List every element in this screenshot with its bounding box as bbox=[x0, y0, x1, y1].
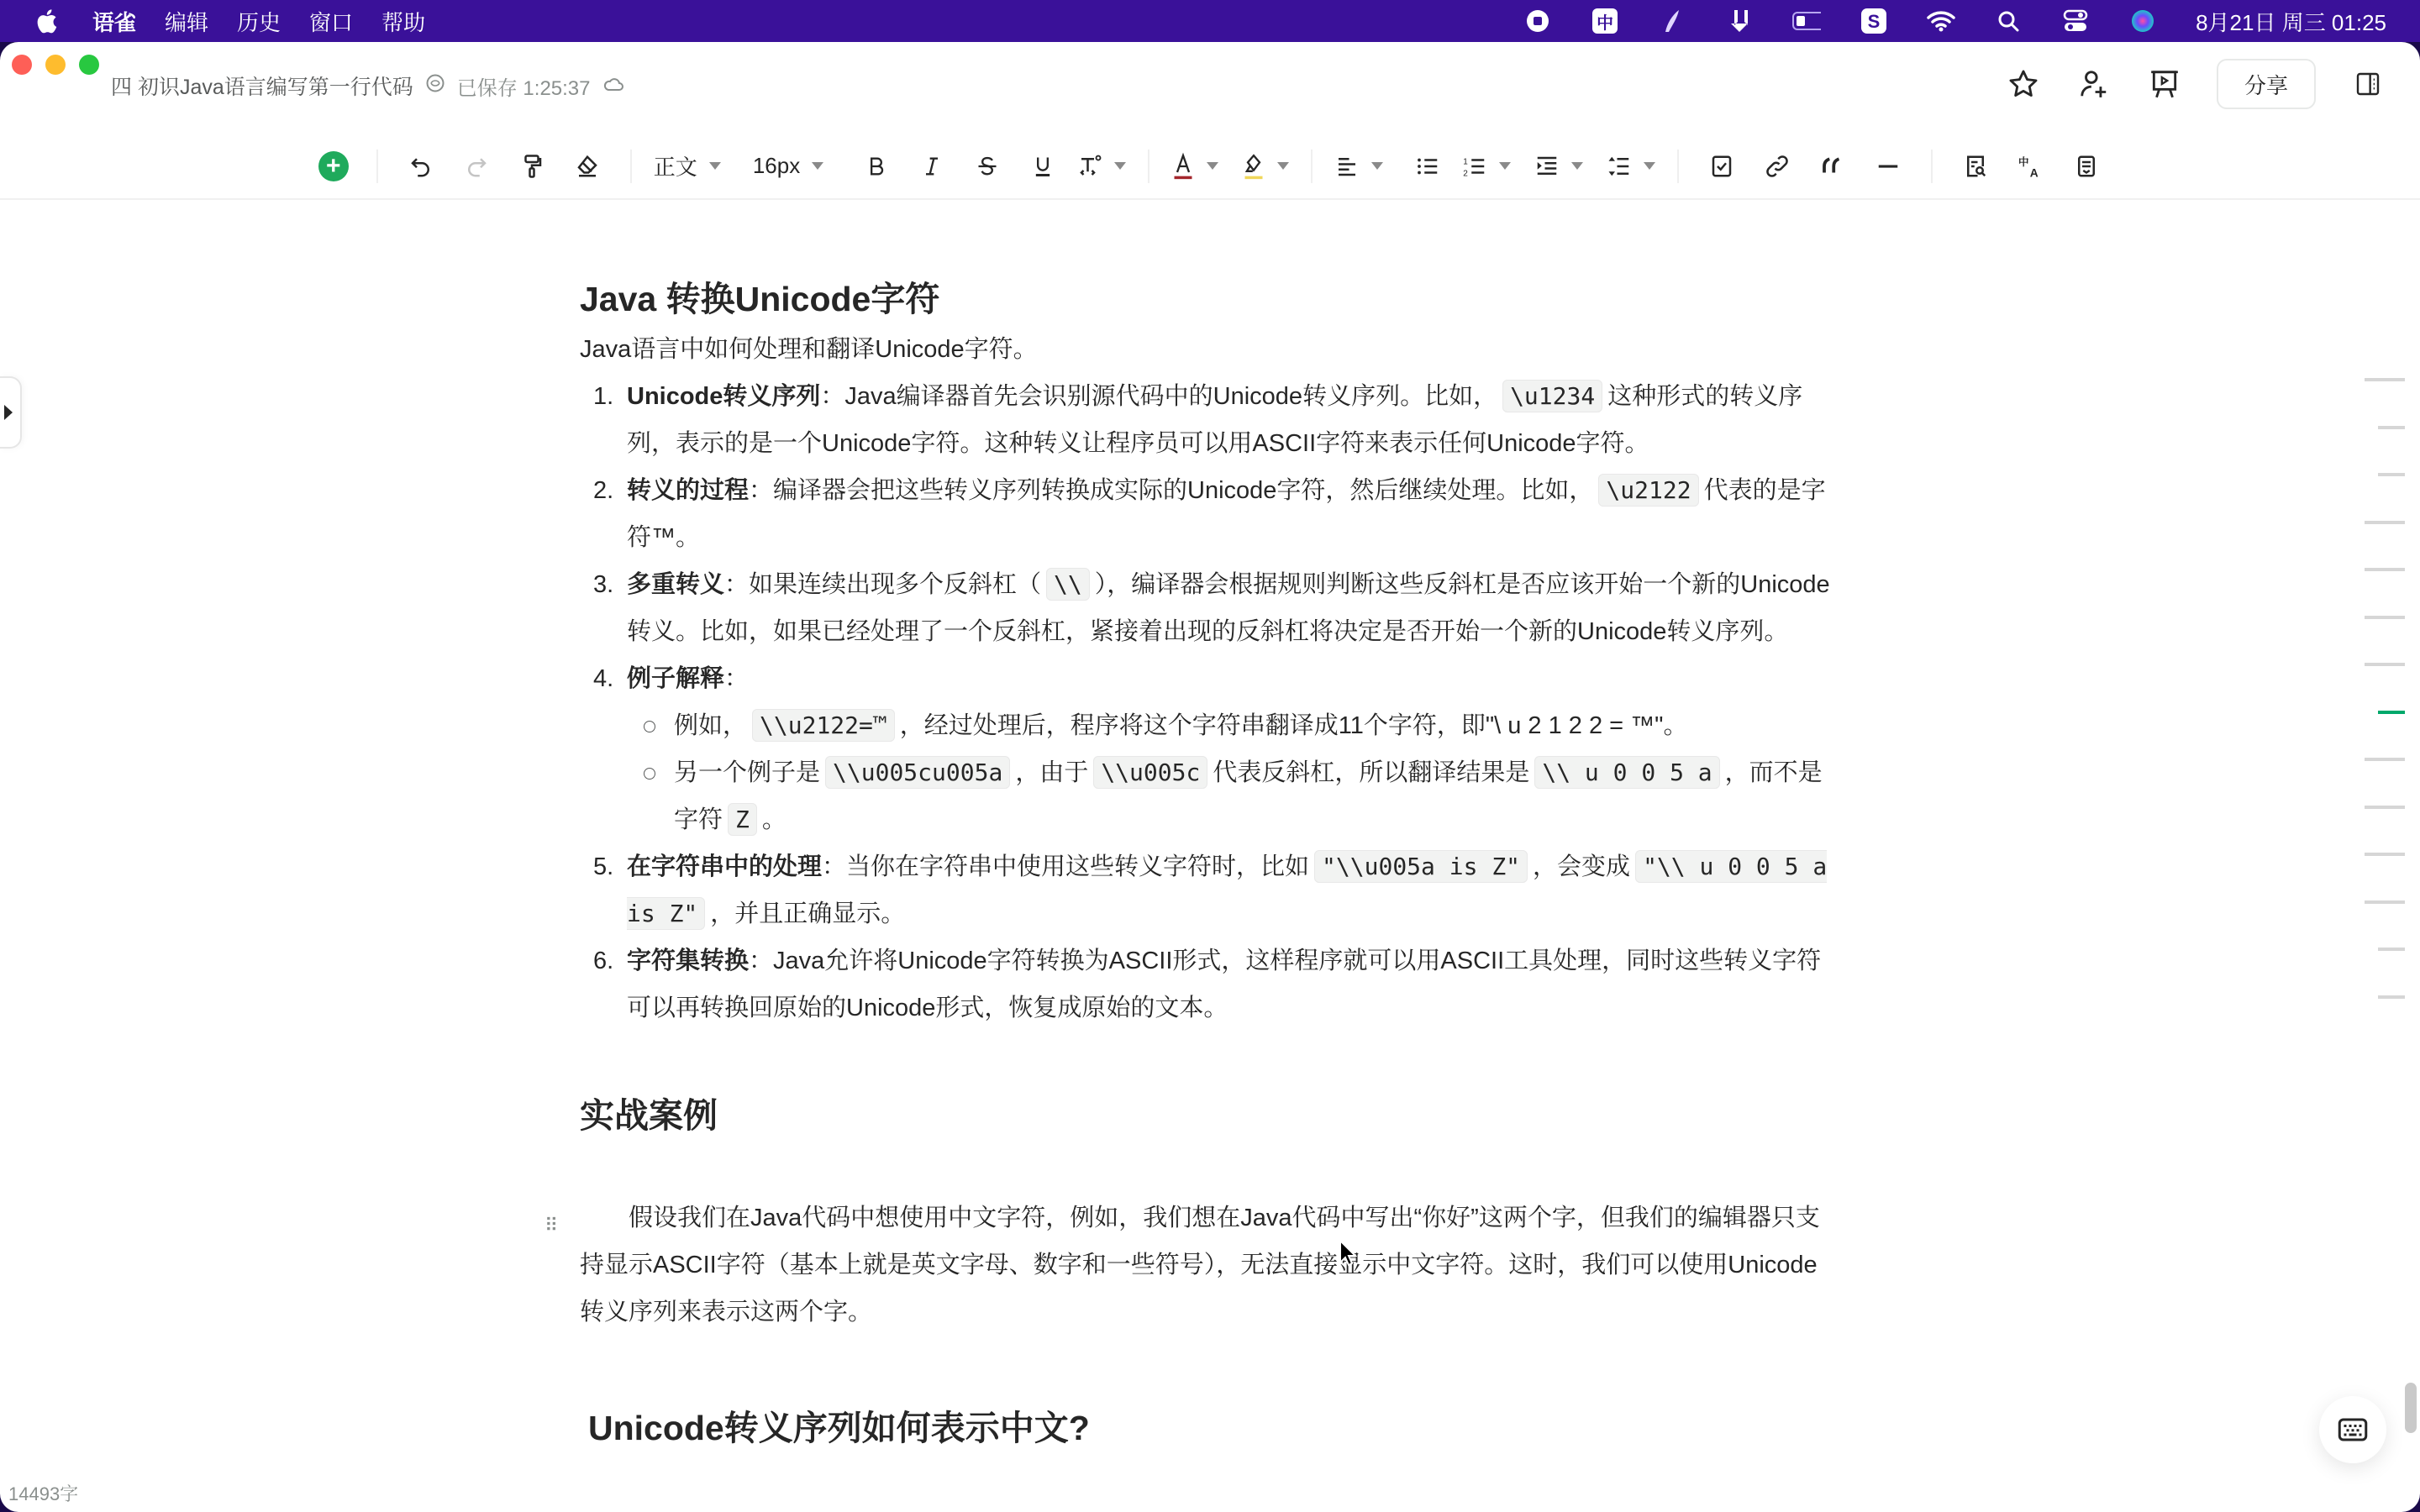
toc-marker-active[interactable] bbox=[2378, 711, 2405, 714]
list-item: 5.在字符串中的处理：当你在字符串中使用这些转义字符时，比如"\\u005a i… bbox=[580, 843, 1832, 937]
sublist-text: 例如， bbox=[674, 712, 747, 739]
numbered-list: 1.Unicode转义序列：Java编译器首先会识别源代码中的Unicode转义… bbox=[580, 373, 1832, 1032]
chevron-down-icon bbox=[1644, 162, 1655, 170]
toc-marker[interactable] bbox=[2365, 853, 2405, 856]
list-item-text: ：编译器会把这些转义序列转换成实际的Unicode字符，然后继续处理。比如， bbox=[749, 477, 1593, 504]
font-size-select[interactable]: 16px bbox=[753, 145, 823, 187]
document-title-area: 四 初识Java语言编写第一行代码 已保存 1:25:37 bbox=[111, 71, 624, 101]
toc-marker[interactable] bbox=[2378, 948, 2405, 951]
input-method-label: 中 bbox=[1592, 8, 1618, 34]
saved-status: 已保存 1:25:37 bbox=[457, 71, 591, 101]
zoom-window-button[interactable] bbox=[79, 55, 99, 75]
outline-minimap[interactable] bbox=[2354, 378, 2405, 1042]
close-window-button[interactable] bbox=[12, 55, 32, 75]
menu-help[interactable]: 帮助 bbox=[381, 6, 425, 37]
bookmark-app-icon[interactable] bbox=[1725, 7, 1754, 35]
toolbar-divider bbox=[1148, 150, 1149, 183]
align-icon[interactable] bbox=[1334, 145, 1383, 187]
toc-marker[interactable] bbox=[2365, 758, 2405, 761]
sublist-text: ，由于 bbox=[1015, 759, 1088, 786]
list-number: 4. bbox=[593, 655, 613, 702]
inline-code: \u1234 bbox=[1502, 380, 1602, 412]
battery-icon[interactable] bbox=[1792, 7, 1821, 35]
star-favorite-icon[interactable] bbox=[2005, 66, 2042, 102]
add-collaborator-icon[interactable] bbox=[2075, 66, 2112, 102]
search-document-icon[interactable] bbox=[1954, 145, 1996, 187]
link-icon[interactable] bbox=[1756, 145, 1798, 187]
toc-marker[interactable] bbox=[2365, 900, 2405, 904]
list-item-text: ：如果连续出现多个反斜杠（ bbox=[724, 571, 1041, 598]
toc-marker[interactable] bbox=[2365, 806, 2405, 809]
control-center-icon[interactable] bbox=[2061, 7, 2090, 35]
chevron-down-icon bbox=[1371, 162, 1383, 170]
cloud-icon bbox=[602, 74, 624, 98]
minimize-window-button[interactable] bbox=[45, 55, 66, 75]
toc-marker[interactable] bbox=[2378, 473, 2405, 476]
list-number: 6. bbox=[593, 937, 613, 984]
svg-text:1: 1 bbox=[1463, 157, 1468, 166]
wifi-icon[interactable] bbox=[1927, 7, 1955, 35]
toolbar-divider bbox=[630, 150, 632, 183]
bullet-sublist: 例如，\\u2122=™，经过处理后，程序将这个字符串翻译成11个字符，即"\ … bbox=[580, 702, 1832, 843]
vertical-scrollbar[interactable] bbox=[2405, 1383, 2417, 1433]
horizontal-rule-icon[interactable] bbox=[1867, 145, 1909, 187]
toc-marker[interactable] bbox=[2365, 568, 2405, 571]
s-app-icon[interactable]: S bbox=[1860, 7, 1888, 35]
numbered-list-icon[interactable]: 12 bbox=[1462, 145, 1511, 187]
bulleted-list-icon[interactable] bbox=[1407, 145, 1449, 187]
plus-icon: + bbox=[318, 151, 349, 181]
text-style-value: 正文 bbox=[654, 150, 697, 181]
list-item: 3.多重转义：如果连续出现多个反斜杠（\\），编译器会根据规则判断这些反斜杠是否… bbox=[580, 561, 1832, 655]
toc-marker[interactable] bbox=[2365, 521, 2405, 524]
app-window: 四 初识Java语言编写第一行代码 已保存 1:25:37 分享 + 正文 16 bbox=[0, 42, 2420, 1512]
input-method-icon[interactable]: 中 bbox=[1591, 7, 1619, 35]
toggle-right-panel-icon[interactable] bbox=[2349, 66, 2386, 102]
sublist-item: 例如，\\u2122=™，经过处理后，程序将这个字符串翻译成11个字符，即"\ … bbox=[627, 702, 1832, 749]
inline-code: \\ bbox=[1046, 568, 1090, 601]
bold-icon[interactable] bbox=[855, 145, 897, 187]
title-bar: 四 初识Java语言编写第一行代码 已保存 1:25:37 分享 bbox=[0, 42, 2420, 126]
list-item: 1.Unicode转义序列：Java编译器首先会识别源代码中的Unicode转义… bbox=[580, 373, 1832, 467]
inline-code: "\\u005a is Z" bbox=[1314, 850, 1528, 883]
list-item-title: 多重转义 bbox=[627, 571, 724, 598]
list-number: 5. bbox=[593, 843, 613, 890]
list-number: 2. bbox=[593, 467, 613, 514]
document-body[interactable]: Java 转换Unicode字符 Java语言中如何处理和翻译Unicode字符… bbox=[580, 252, 1832, 1453]
list-item-text: ： bbox=[724, 665, 749, 692]
sublist-text: ，经过处理后，程序将这个字符串翻译成11个字符，即"\ u 2 1 2 2 = … bbox=[900, 712, 1688, 739]
sublist-text: 。 bbox=[762, 806, 786, 833]
inline-code: Z bbox=[728, 803, 757, 836]
clear-format-icon[interactable] bbox=[566, 145, 608, 187]
highlight-color-button[interactable] bbox=[1242, 145, 1289, 187]
undo-icon[interactable] bbox=[400, 145, 442, 187]
list-number: 1. bbox=[593, 373, 613, 420]
sublist-text: 代表反斜杠，所以翻译结果是 bbox=[1213, 759, 1529, 786]
inline-code: \\u005cu005a bbox=[825, 756, 1010, 789]
mouse-cursor-icon bbox=[1339, 1239, 1357, 1272]
heading-unicode-chinese: Unicode转义序列如何表示中文? bbox=[588, 1403, 1832, 1453]
chevron-down-icon bbox=[812, 162, 823, 170]
italic-icon[interactable] bbox=[911, 145, 953, 187]
menu-bar: 语雀 编辑 历史 窗口 帮助 中 S 8月21日 周三 01:25 bbox=[0, 0, 2420, 42]
toc-marker[interactable] bbox=[2378, 995, 2405, 999]
formatting-toolbar: + 正文 16px 12 bbox=[0, 134, 2420, 197]
siri-icon[interactable] bbox=[2128, 7, 2157, 35]
document-title[interactable]: 四 初识Java语言编写第一行代码 bbox=[111, 71, 413, 101]
toc-marker[interactable] bbox=[2365, 616, 2405, 619]
sync-status-icon[interactable] bbox=[425, 73, 445, 99]
spotlight-search-icon[interactable] bbox=[1994, 7, 2023, 35]
share-button[interactable]: 分享 bbox=[2217, 59, 2316, 109]
inline-code: \\u2122=™ bbox=[752, 709, 895, 742]
chevron-down-icon bbox=[1277, 162, 1289, 170]
chevron-down-icon bbox=[1114, 162, 1126, 170]
chevron-right-icon bbox=[4, 405, 13, 420]
word-count: 14493字 bbox=[8, 1480, 78, 1506]
sublist-item: 另一个例子是\\u005cu005a，由于\\u005c代表反斜杠，所以翻译结果… bbox=[627, 749, 1832, 843]
list-item-text: ：Java编译器首先会识别源代码中的Unicode转义序列。比如， bbox=[820, 383, 1497, 410]
list-item-text: ，会变成 bbox=[1533, 853, 1630, 880]
more-text-format-icon[interactable] bbox=[1077, 145, 1126, 187]
text-style-select[interactable]: 正文 bbox=[654, 145, 721, 187]
svg-text:中: 中 bbox=[2018, 155, 2029, 167]
list-item: 6.字符集转换：Java允许将Unicode字符转换为ASCII形式，这样程序就… bbox=[580, 937, 1832, 1032]
font-size-value: 16px bbox=[753, 153, 800, 179]
toolbar-bottom-divider bbox=[0, 198, 2420, 200]
chevron-down-icon bbox=[1207, 162, 1218, 170]
keyboard-shortcuts-button[interactable] bbox=[2319, 1396, 2386, 1463]
drag-handle-icon[interactable]: ⠿ bbox=[544, 1215, 556, 1236]
line-spacing-icon[interactable] bbox=[1607, 145, 1655, 187]
inline-code: \u2122 bbox=[1598, 474, 1698, 507]
toc-marker[interactable] bbox=[2378, 426, 2405, 429]
translate-icon[interactable]: 中A bbox=[2010, 145, 2052, 187]
chevron-down-icon bbox=[1499, 162, 1511, 170]
menubar-clock[interactable]: 8月21日 周三 01:25 bbox=[2196, 6, 2386, 37]
menu-edit[interactable]: 编辑 bbox=[165, 6, 208, 37]
heading-java-unicode: Java 转换Unicode字符 bbox=[580, 274, 1832, 324]
inline-code: \\u005c bbox=[1093, 756, 1207, 789]
case-paragraph: 假设我们在Java代码中想使用中文字符，例如，我们想在Java代码中写出“你好”… bbox=[580, 1194, 1832, 1336]
header-actions: 分享 bbox=[2005, 59, 2386, 109]
list-item: 4.例子解释： 例如，\\u2122=™，经过处理后，程序将这个字符串翻译成11… bbox=[580, 655, 1832, 843]
list-number: 3. bbox=[593, 561, 613, 608]
menu-history[interactable]: 历史 bbox=[237, 6, 281, 37]
toolbar-divider bbox=[1931, 150, 1933, 183]
svg-text:S: S bbox=[1868, 11, 1881, 32]
window-controls bbox=[12, 55, 99, 75]
list-item-text: ：当你在字符串中使用这些转义字符时，比如 bbox=[822, 853, 1309, 880]
insert-button[interactable]: + bbox=[313, 145, 355, 187]
chevron-down-icon bbox=[1571, 162, 1583, 170]
toolbar-divider bbox=[376, 150, 378, 183]
svg-text:A: A bbox=[2030, 166, 2039, 179]
task-checkbox-icon[interactable] bbox=[1701, 145, 1743, 187]
inline-code: \\ u 0 0 5 a bbox=[1534, 756, 1719, 789]
toc-marker[interactable] bbox=[2365, 663, 2405, 666]
intro-paragraph: Java语言中如何处理和翻译Unicode字符。 bbox=[580, 326, 1832, 373]
record-icon[interactable] bbox=[1523, 7, 1552, 35]
presentation-icon[interactable] bbox=[2146, 66, 2183, 102]
menu-app-name[interactable]: 语雀 bbox=[92, 6, 136, 37]
list-item: 2.转义的过程：编译器会把这些转义序列转换成实际的Unicode字符，然后继续处… bbox=[580, 467, 1832, 561]
list-item-title: 字符集转换 bbox=[627, 948, 749, 974]
indent-icon[interactable] bbox=[1534, 145, 1583, 187]
list-item-title: 转义的过程 bbox=[627, 477, 749, 504]
toolbar-divider bbox=[1311, 150, 1313, 183]
toc-marker[interactable] bbox=[2365, 378, 2405, 381]
underline-icon[interactable] bbox=[1022, 145, 1064, 187]
list-item-title: Unicode转义序列 bbox=[627, 383, 820, 410]
quote-icon[interactable] bbox=[1812, 145, 1854, 187]
format-painter-icon[interactable] bbox=[511, 145, 553, 187]
keyboard-icon bbox=[2338, 1417, 2368, 1442]
list-item-title: 在字符串中的处理 bbox=[627, 853, 822, 880]
font-color-button[interactable] bbox=[1171, 145, 1218, 187]
list-item-title: 例子解释 bbox=[627, 665, 724, 692]
toolbar-divider bbox=[1677, 150, 1679, 183]
toggle-sidebar-button[interactable] bbox=[0, 376, 22, 449]
strikethrough-icon[interactable] bbox=[966, 145, 1008, 187]
chevron-down-icon bbox=[709, 162, 721, 170]
sublist-text: 另一个例子是 bbox=[674, 759, 820, 786]
list-item-text: ：Java允许将Unicode字符转换为ASCII形式，这样程序就可以用ASCI… bbox=[627, 948, 1821, 1021]
feather-icon[interactable] bbox=[1658, 7, 1686, 35]
apple-menu-icon[interactable] bbox=[34, 7, 59, 35]
list-item-text: ，并且正确显示。 bbox=[710, 900, 905, 927]
svg-text:2: 2 bbox=[1463, 169, 1468, 178]
redo-icon[interactable] bbox=[455, 145, 497, 187]
document-outline-icon[interactable] bbox=[2065, 145, 2107, 187]
heading-practical-case: 实战案例 bbox=[580, 1090, 1832, 1141]
menu-window[interactable]: 窗口 bbox=[309, 6, 353, 37]
